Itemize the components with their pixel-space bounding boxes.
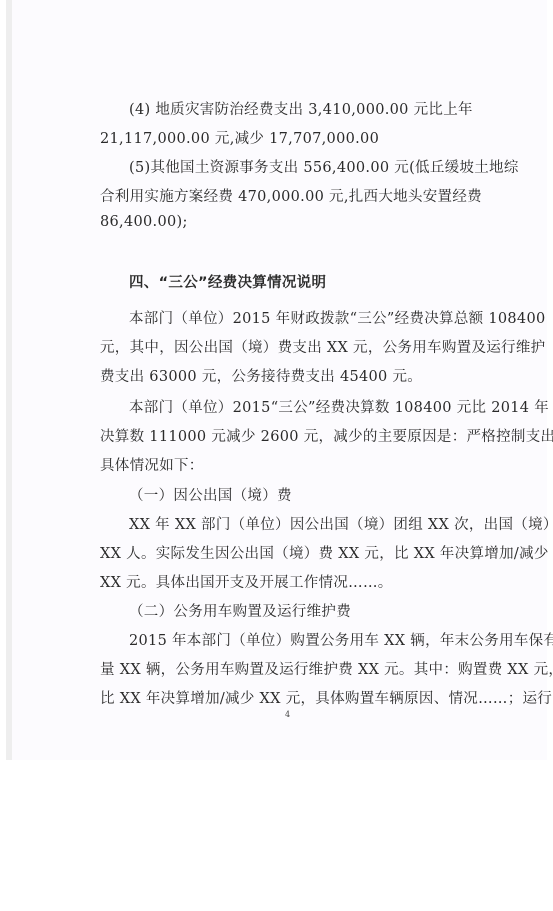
sub1-heading: （一）因公出国（境）费 — [129, 484, 549, 505]
sub1-line2: XX 人。实际发生因公出国（境）费 XX 元，比 XX 年决算增加/减少 — [100, 542, 520, 563]
item4-line2: 21,117,000.00 元,减少 17,707,000.00 — [100, 127, 520, 148]
sub2-line3: 比 XX 年决算增加/减少 XX 元，具体购置车辆原因、情况……；运行 — [100, 687, 520, 708]
section4-para1-line2: 元，其中，因公出国（境）费支出 XX 元，公务用车购置及运行维护 — [100, 336, 520, 357]
page-number: 4 — [285, 710, 290, 719]
section4-para1-line1: 本部门（单位）2015 年财政拨款“三公”经费决算总额 108400 — [129, 307, 549, 328]
sub2-line2: 量 XX 辆，公务用车购置及运行维护费 XX 元。其中：购置费 XX 元， — [100, 658, 520, 679]
section4-para2-line2: 决算数 111000 元减少 2600 元，减少的主要原因是：严格控制支出。 — [100, 425, 520, 446]
section4-heading: 四、“三公”经费决算情况说明 — [129, 271, 549, 292]
item4-line1: (4) 地质灾害防治经费支出 3,410,000.00 元比上年 — [129, 98, 549, 119]
item5-line1: (5)其他国土资源事务支出 556,400.00 元(低丘缓坡土地综 — [129, 156, 549, 177]
sub1-line3: XX 元。具体出国开支及开展工作情况……。 — [100, 571, 520, 592]
item5-line3: 86,400.00); — [100, 214, 520, 230]
section4-para1-line3: 费支出 63000 元，公务接待费支出 45400 元。 — [100, 365, 520, 386]
sub1-line1: XX 年 XX 部门（单位）因公出国（境）团组 XX 次，出国（境） — [129, 513, 549, 534]
section4-para2-line1: 本部门（单位）2015“三公”经费决算数 108400 元比 2014 年 — [129, 396, 549, 417]
sub2-line1: 2015 年本部门（单位）购置公务用车 XX 辆，年末公务用车保有 — [129, 629, 549, 650]
sub2-heading: （二）公务用车购置及运行维护费 — [129, 600, 549, 621]
section4-para2-line3: 具体情况如下： — [100, 454, 520, 475]
item5-line2: 合利用实施方案经费 470,000.00 元,扎西大地头安置经费 — [100, 185, 520, 206]
document-page: (4) 地质灾害防治经费支出 3,410,000.00 元比上年 21,117,… — [6, 0, 547, 760]
